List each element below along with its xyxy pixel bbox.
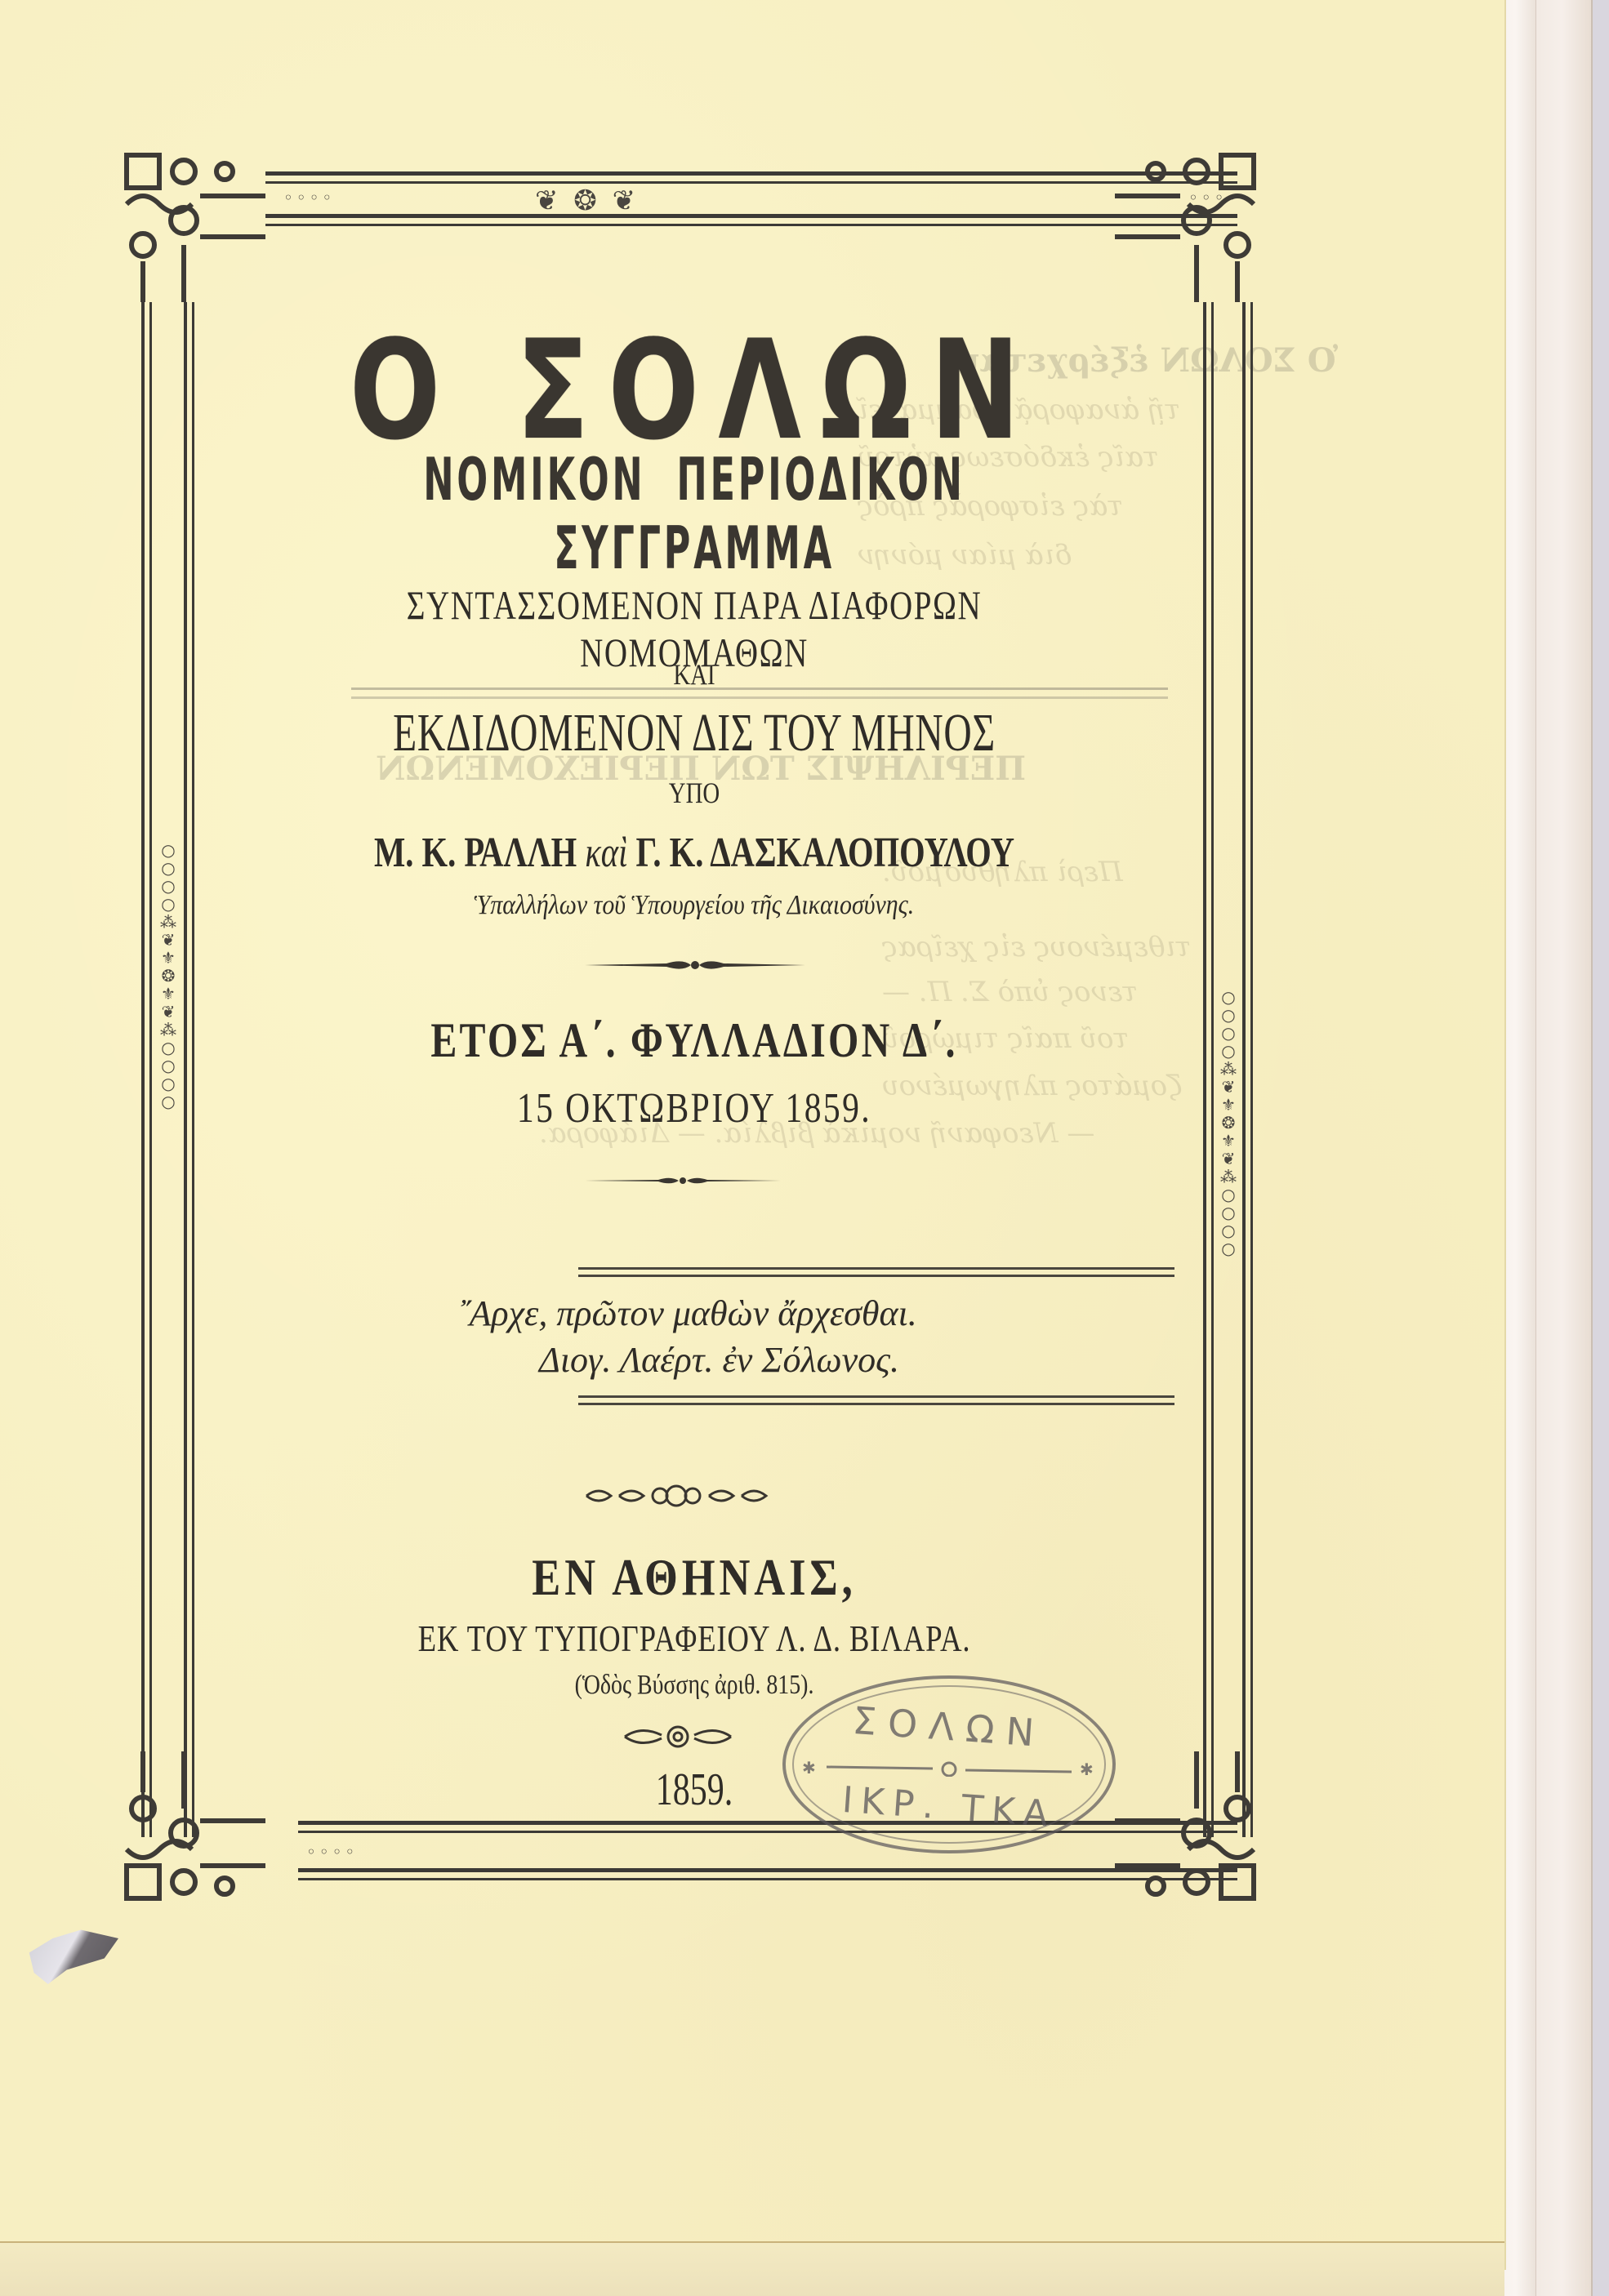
svg-text:✱: ✱ <box>802 1760 816 1777</box>
corner-ornament-bottom-right-icon <box>1107 1751 1270 1915</box>
bottom-rule-inner-2 <box>298 1878 1237 1880</box>
svg-text:✱: ✱ <box>1080 1760 1094 1777</box>
stamp-top-text: ΣΟΛΩΝ <box>785 1693 1114 1760</box>
authors: Μ. Κ. ΡΑΛΛΗ καὶ Γ. Κ. ΔΑΣΚΑΛΟΠΟΥΛΟΥ <box>305 829 1083 877</box>
bottom-left-dots: ◦◦◦◦ <box>306 1842 358 1862</box>
bottom-rule-inner <box>298 1868 1237 1872</box>
scroll-divider-icon <box>585 955 805 975</box>
paper-damage <box>25 1927 118 1984</box>
journal-subtitle: ΝΟΜΙΚΟΝ ΠΕΡΙΟΔΙΚΟΝ ΣΥΓΓΡΑΜΜΑ <box>386 445 1003 582</box>
corner-ornament-top-left-icon <box>110 139 274 302</box>
right-rule-outer-2 <box>1250 302 1253 1837</box>
corner-ornament-bottom-left-icon <box>110 1751 274 1915</box>
show-through-rule <box>351 687 1168 699</box>
top-rule-inner <box>265 214 1237 218</box>
by-line: ΥΠΟ <box>296 776 1093 810</box>
stamp-divider-icon: ✱ ✱ <box>802 1760 1096 1777</box>
left-rule-outer-2 <box>149 302 152 1837</box>
right-rule-outer <box>1242 302 1246 1837</box>
floral-ornament-icon <box>578 1482 774 1510</box>
corner-ornament-top-right-icon <box>1107 139 1270 302</box>
epigraph-source: Διογ. Λαέρτ. ἐν Σόλωνος. <box>457 1339 1176 1381</box>
imprint-printer: ΕΚ ΤΟΥ ΤΥΠΟΓΡΑΦΕΙΟΥ Λ. Δ. ΒΙΛΑΡΑ. <box>296 1617 1093 1660</box>
epigraph-rule-bottom <box>578 1395 1174 1405</box>
left-rule-inner-2 <box>192 302 194 1837</box>
title-page: Ὁ ΣΟΛΩΝ ἐξέρχεται τῇ ἀναφορᾷ γραμματεῖ τ… <box>0 0 1506 2270</box>
author-1: Μ. Κ. ΡΑΛΛΗ <box>374 830 577 876</box>
authors-role: Ὑπαλλήλων τοῦ Ὑπουργείου τῆς Δικαιοσύνης… <box>256 890 1133 921</box>
and-line: ΚΑΙ <box>296 657 1093 692</box>
left-chain-ornament: ○ ○ ○ ○ ⁂ ❦ ⚜ ❂ ⚜ ❦ ⁂ ○ ○ ○ ○ <box>156 841 181 1110</box>
page-bottom-edge <box>0 2241 1504 2296</box>
author-conjunction: καὶ <box>585 830 627 876</box>
top-center-ornament: ❦ ❂ ❦ <box>535 185 639 217</box>
left-rule-outer <box>141 302 145 1837</box>
top-rule-outer-2 <box>265 181 1237 184</box>
imprint-place: ΕΝ ΑΘΗΝΑΙΣ, <box>286 1547 1103 1608</box>
right-rule-inner <box>1203 302 1206 1837</box>
issue-date: 15 ΟΚΤΩΒΡΙΟΥ 1859. <box>296 1084 1093 1132</box>
left-rule-inner <box>184 302 187 1837</box>
top-rule-outer <box>265 171 1237 176</box>
ownership-stamp: ΣΟΛΩΝ ✱ ✱ ΙΚΡ. ΤΚΑ <box>782 1675 1116 1853</box>
top-left-dots: ◦◦◦◦ <box>283 188 335 207</box>
epigraph-quote: ῎Αρχε, πρῶτον μαθὼν ἄρχεσθαι. <box>457 1293 1176 1334</box>
wreath-ornament-icon <box>621 1723 735 1751</box>
right-chain-ornament: ○ ○ ○ ○ ⁂ ❦ ⚜ ❂ ⚜ ❦ ⁂ ○ ○ ○ ○ <box>1216 988 1241 1257</box>
line-divider-icon <box>585 1172 781 1189</box>
publication-frequency: ΕΚΔΙΔΟΜΕΝΟΝ ΔΙΣ ΤΟΥ ΜΗΝΟΣ <box>336 702 1053 764</box>
right-rule-inner-2 <box>1211 302 1214 1837</box>
volume-issue: ΕΤΟΣ Α΄. ΦΥΛΛΑΔΙΟΝ Δ΄. <box>296 1012 1093 1069</box>
top-rule-inner-2 <box>265 224 1237 226</box>
epigraph-rule-top <box>578 1267 1174 1277</box>
author-2: Γ. Κ. ΔΑΣΚΑΛΟΠΟΥΛΟΥ <box>635 830 1014 876</box>
